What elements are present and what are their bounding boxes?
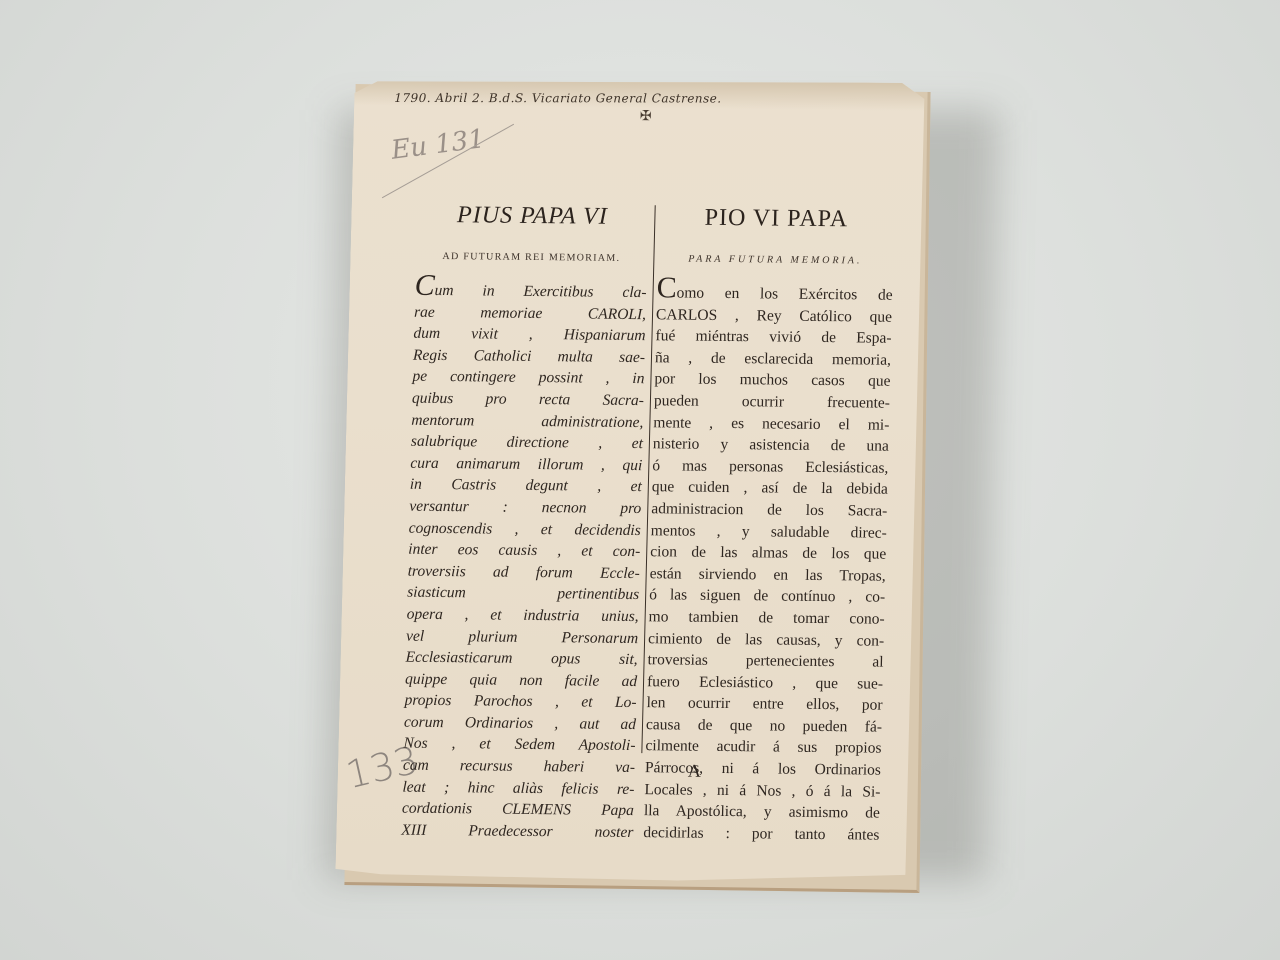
text-line: quippe quia non facile ad [405,668,638,692]
text-line: corum Ordinarios , aut ad [404,712,637,736]
text-line: dum vixit , Hispaniarum [413,323,646,347]
text-line: cam recursus haberi va- [403,755,636,779]
spanish-column: PIO VI PAPA PARA FUTURA MEMORIA. Como en… [643,204,895,846]
text-line: lla Apostólica, y asimismo de [644,800,881,824]
text-line: fué miéntras vivió de Espa- [655,325,892,349]
text-line: vel plurium Personarum [406,625,639,649]
text-line: siasticum pertinentibus [407,582,640,606]
text-line: están sirviendo en las Tropas, [649,563,886,587]
text-line: cognoscendis , et decidendis [409,517,642,541]
text-line: mente , es necesario el mi- [653,412,890,436]
drop-cap: C [414,269,435,302]
spanish-body: Como en los Exércitos deCARLOS , Rey Cat… [643,278,893,846]
text-line: cimiento de las causas, y con- [648,628,885,652]
text-line: decidirlas : por tanto ántes [643,822,880,846]
text-line: CARLOS , Rey Católico que [656,304,893,328]
document-page: 1790. Abril 2. B.d.S. Vicariato General … [335,77,925,883]
text-line: mentorum administratione, [411,409,644,433]
text-line: in Castris degunt , et [410,474,643,498]
cross-ornament-icon: ✠ [640,108,652,125]
text-line: ó las siguen de contínuo , co- [649,585,886,609]
text-line: Regis Catholici multa sae- [413,345,646,369]
pencil-annotation: Eu 131 [390,124,486,166]
text-line: len ocurrir entre ellos, por [646,692,883,716]
text-line: mentos , y saludable direc- [651,520,888,544]
text-line: cordationis CLEMENS Papa [402,798,635,822]
text-line: cura animarum illorum , qui [410,452,643,476]
text-line: Párrocos, ni á los Ordinarios [645,757,882,781]
text-line: cion de las almas de los que [650,541,887,565]
text-line: mo tambien de tomar cono- [648,606,885,630]
handwritten-note: 1790. Abril 2. B.d.S. Vicariato General … [394,91,722,106]
text-line: pe contingere possint , in [412,366,645,390]
text-line: ó mas personas Eclesiásticas, [652,455,889,479]
drop-cap: C [656,271,677,304]
text-line: fuero Eclesiástico , que sue- [647,671,884,695]
text-line: causa de que no pueden fá- [646,714,883,738]
text-line: por los muchos casos que [654,369,891,393]
text-line: leat ; hinc aliàs felicis re- [402,776,635,800]
text-line: Ecclesiasticarum opus sit, [405,647,638,671]
text-line: versantur : necnon pro [409,496,642,520]
text-line: Como en los Exércitos de [656,278,893,306]
text-line: cilmente acudir á sus propios [645,736,882,760]
signature-mark: A [688,761,702,782]
latin-column: PIUS PAPA VI AD FUTURAM REI MEMORIAM. Cu… [401,202,649,844]
text-line: pueden ocurrir frecuente- [654,390,891,414]
text-line: Nos , et Sedem Apostoli- [403,733,636,757]
latin-title: PIUS PAPA VI [416,202,649,231]
text-line: propios Parochos , et Lo- [404,690,637,714]
text-line: opera , et industria unius, [406,604,639,628]
latin-subtitle: AD FUTURAM REI MEMORIAM. [415,251,647,264]
text-line: que cuiden , así de la debida [652,477,889,501]
spanish-subtitle: PARA FUTURA MEMORIA. [657,253,893,266]
text-line: salubrique directione , et [411,431,644,455]
text-line: inter eos causis , et con- [408,539,641,563]
text-line: quibus pro recta Sacra- [412,388,645,412]
latin-body: Cum in Exercitibus cla-rae memoriae CARO… [401,276,647,844]
text-line: administracion de los Sacra- [651,498,888,522]
text-line: troversias pertenecientes al [647,649,884,673]
text-line: rae memoriae CAROLI, [414,301,647,325]
text-line: nisterio y asistencia de una [653,433,890,457]
text-line: troversiis ad forum Eccle- [407,560,640,584]
text-line: XIII Praedecessor noster [401,819,634,843]
spanish-title: PIO VI PAPA [658,204,895,233]
text-line: Cum in Exercitibus cla- [414,276,647,304]
text-line: ña , de esclarecida memoria, [655,347,892,371]
text-line: Locales , ni á Nos , ó á la Si- [644,779,881,803]
